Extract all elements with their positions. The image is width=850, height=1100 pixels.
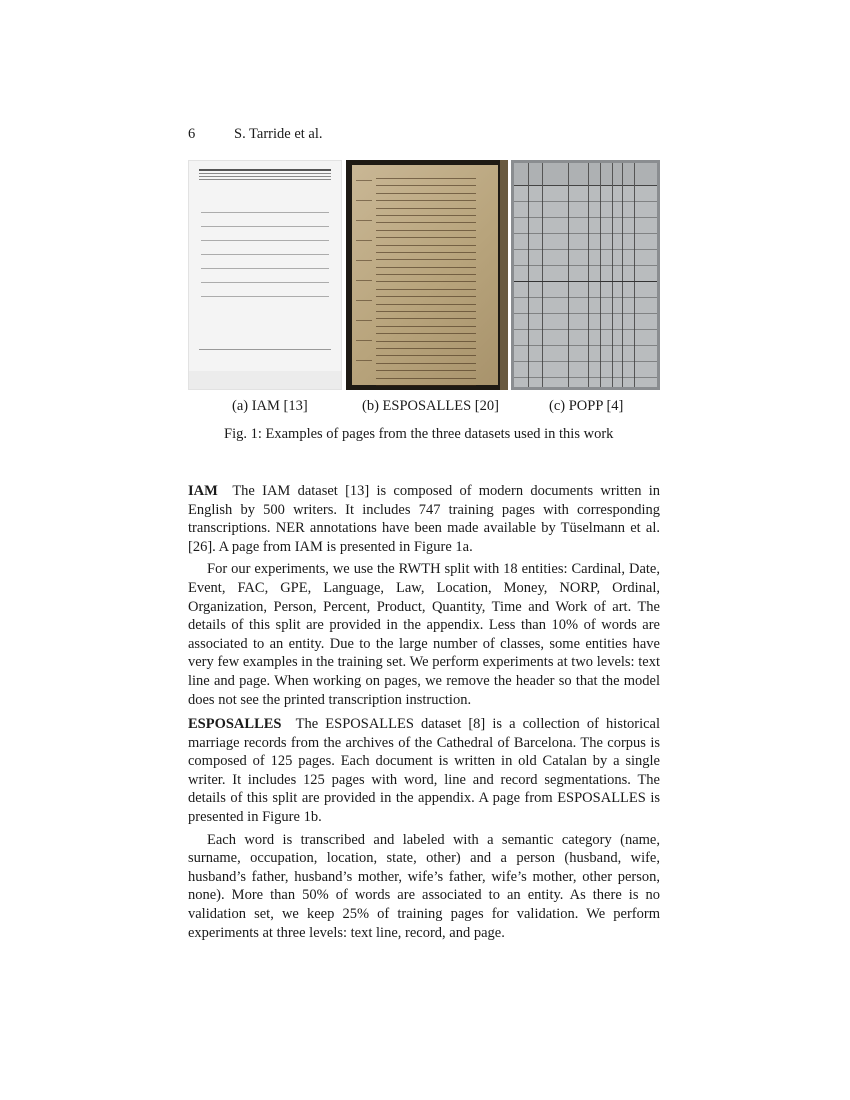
popp-table-header [514, 163, 657, 186]
iam-footer [189, 371, 341, 389]
popp-page-image [511, 160, 660, 390]
section-iam: IAM The IAM dataset [13] is composed of … [188, 482, 660, 709]
iam-page-image [188, 160, 342, 390]
esposalles-book-spine [500, 160, 508, 390]
subcaption-a: (a) IAM [13] [232, 398, 308, 415]
esposalles-margin-notes [356, 179, 372, 379]
popp-census-table [514, 163, 657, 387]
figure-caption: Fig. 1: Examples of pages from the three… [224, 426, 613, 443]
iam-paragraph-2: For our experiments, we use the RWTH spl… [188, 560, 660, 709]
esposalles-paragraph-2: Each word is transcribed and labeled wit… [188, 831, 660, 943]
iam-paragraph-1-text: The IAM dataset [13] is composed of mode… [188, 483, 660, 555]
iam-signature-line [199, 349, 331, 350]
page-number: 6 [188, 126, 195, 143]
esposalles-paragraph-1: ESPOSALLES The ESPOSALLES dataset [8] is… [188, 715, 660, 827]
esposalles-parchment [352, 165, 498, 385]
section-esposalles: ESPOSALLES The ESPOSALLES dataset [8] is… [188, 715, 660, 942]
subcaption-c: (c) POPP [4] [549, 398, 623, 415]
esposalles-heading: ESPOSALLES [188, 716, 282, 732]
iam-handwritten-lines [201, 211, 329, 309]
esposalles-paragraph-1-text: The ESPOSALLES dataset [8] is a collecti… [188, 716, 660, 825]
subcaption-b: (b) ESPOSALLES [20] [362, 398, 499, 415]
iam-printed-header [199, 169, 331, 189]
figure-1 [188, 160, 660, 390]
iam-paragraph-1: IAM The IAM dataset [13] is composed of … [188, 482, 660, 556]
esposalles-page-image [346, 160, 508, 390]
esposalles-text-lines [376, 177, 476, 390]
running-authors: S. Tarride et al. [234, 126, 323, 143]
iam-heading: IAM [188, 483, 218, 499]
